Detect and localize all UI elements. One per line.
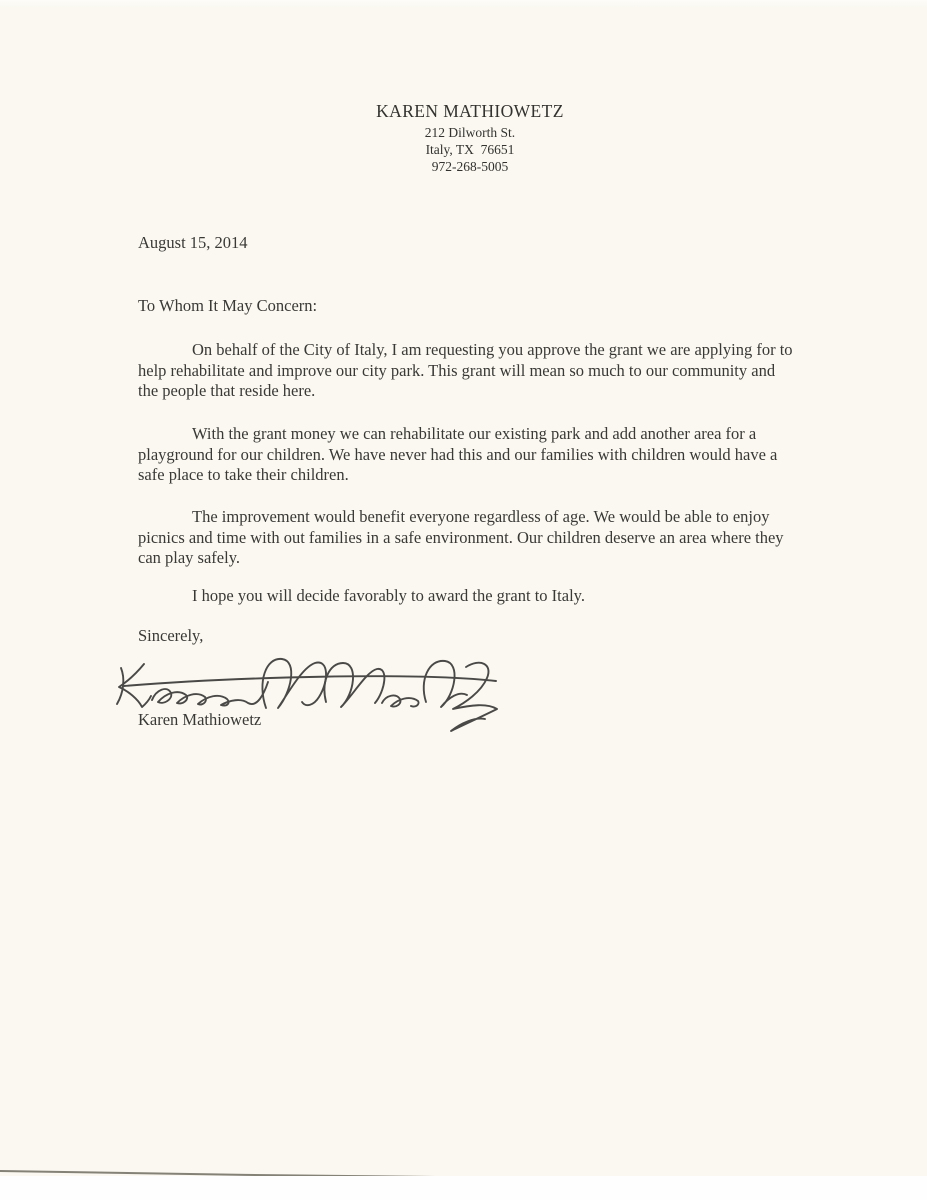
salutation: To Whom It May Concern: [138, 296, 798, 317]
paragraph-closing-request: I hope you will decide favorably to awar… [138, 586, 798, 607]
typed-signature-name: Karen Mathiowetz [138, 710, 798, 731]
scanned-letter-page: KAREN MATHIOWETZ 212 Dilworth St. Italy,… [0, 0, 927, 1176]
scanner-bed-background [0, 1176, 927, 1200]
paragraph-improvement: The improvement would benefit everyone r… [138, 507, 798, 569]
paragraph-playground: With the grant money we can rehabilitate… [138, 424, 798, 486]
letter-date: August 15, 2014 [138, 233, 798, 254]
paragraph-grant-request: On behalf of the City of Italy, I am req… [138, 340, 798, 402]
letterhead-name: KAREN MATHIOWETZ [13, 101, 927, 122]
letterhead: KAREN MATHIOWETZ 212 Dilworth St. Italy,… [13, 101, 927, 175]
letterhead-address-city: Italy, TX 76651 [13, 142, 927, 159]
letterhead-address-street: 212 Dilworth St. [13, 125, 927, 142]
letterhead-phone: 972-268-5005 [13, 159, 927, 176]
closing-salutation: Sincerely, [138, 626, 798, 647]
